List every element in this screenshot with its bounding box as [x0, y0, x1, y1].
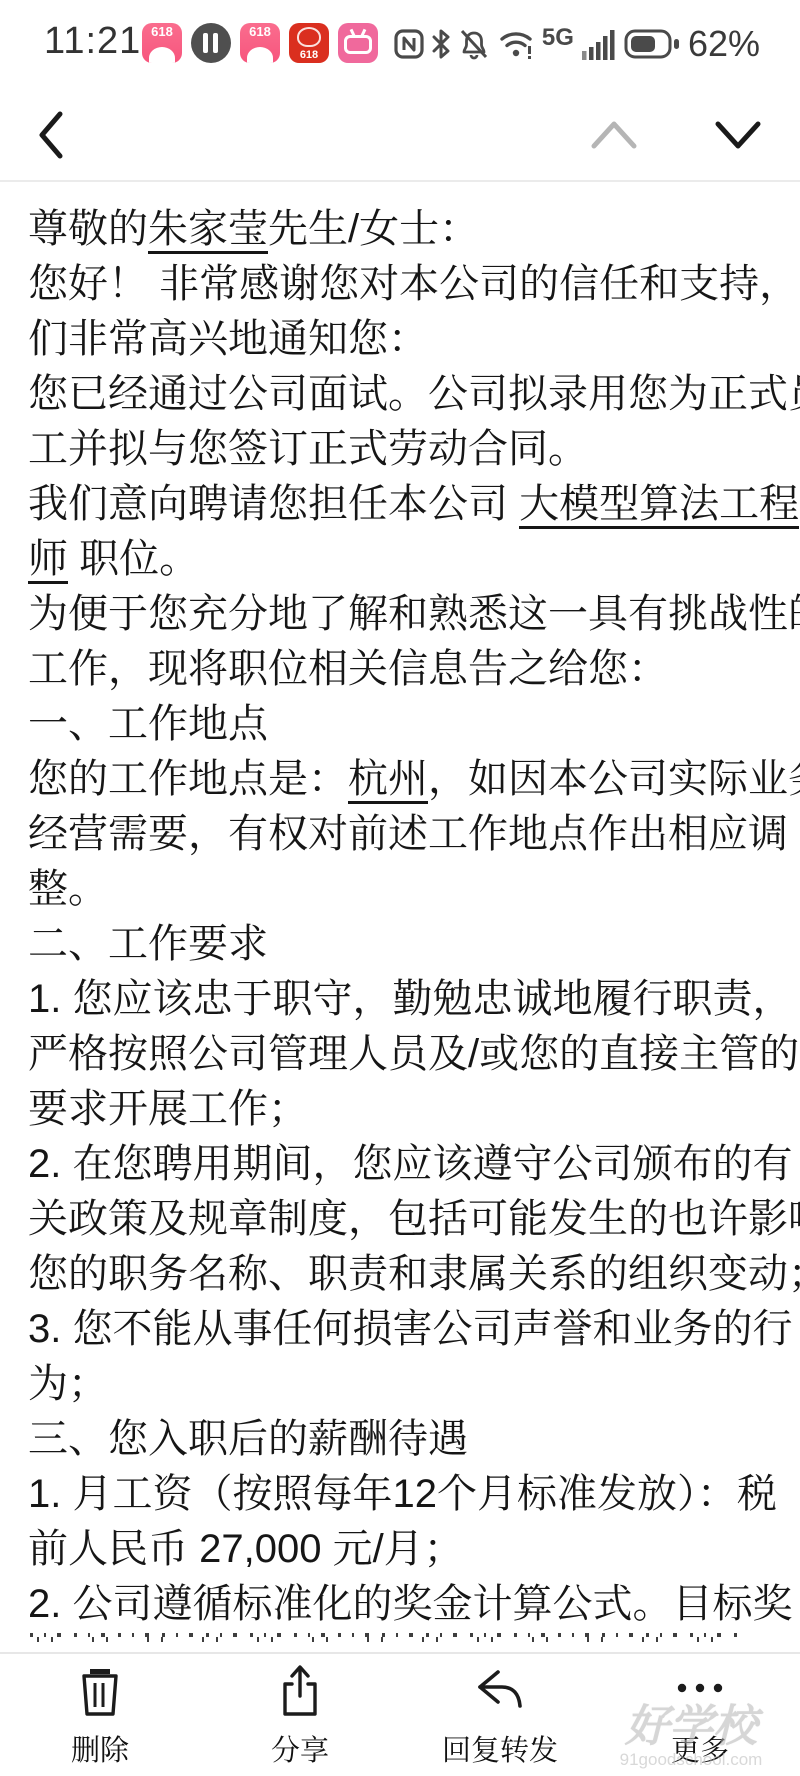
- document-line: 您的职务名称、职责和隶属关系的组织变动；: [28, 1247, 784, 1302]
- signal-bars-icon: [582, 27, 616, 61]
- document-line: 1. 您应该忠于职守，勤勉忠诚地履行职责，: [28, 972, 784, 1027]
- clipped-text-line: [30, 1633, 742, 1642]
- shop-618-red-app-icon: 618: [289, 23, 329, 63]
- document-line: 们非常高兴地通知您：: [28, 312, 784, 367]
- document-line: 您已经通过公司面试。公司拟录用您为正式员: [28, 367, 784, 422]
- more-label: 更多: [671, 1728, 729, 1769]
- bilibili-app-icon: [338, 23, 378, 63]
- document-line: 整。: [28, 862, 784, 917]
- reply-forward-label: 回复转发: [442, 1728, 558, 1769]
- battery-icon: [624, 28, 680, 60]
- status-icons: 5G 62%: [394, 16, 760, 72]
- share-label: 分享: [271, 1728, 329, 1769]
- previous-message-button[interactable]: [588, 114, 640, 156]
- wifi-alert-icon: [498, 28, 534, 60]
- document-line: 工并拟与您签订正式劳动合同。: [28, 422, 784, 477]
- reply-forward-button[interactable]: 回复转发: [400, 1654, 600, 1776]
- document-line: 为；: [28, 1357, 784, 1412]
- document-line: 3. 您不能从事任何损害公司声誉和业务的行: [28, 1302, 784, 1357]
- mascot-face: [247, 47, 273, 63]
- tv-icon: [344, 35, 372, 54]
- document-line: 经营需要，有权对前述工作地点作出相应调: [28, 807, 784, 862]
- document-line: 尊敬的朱家莹先生/女士：: [28, 202, 784, 257]
- more-button[interactable]: 更多: [600, 1654, 800, 1776]
- mascot-face: [149, 47, 175, 63]
- ornament-icon: [297, 27, 321, 47]
- document-line: 一、工作地点: [28, 697, 784, 752]
- bottom-toolbar: 删除 分享 回复转发 更多: [0, 1652, 800, 1776]
- document-line: 要求开展工作；: [28, 1082, 784, 1137]
- document-body: 尊敬的朱家莹先生/女士：您好！ 非常感谢您对本公司的信任和支持，我们非常高兴地通…: [28, 202, 784, 1632]
- nfc-icon: [394, 29, 424, 59]
- document-line: 关政策及规章制度，包括可能发生的也许影响: [28, 1192, 784, 1247]
- trash-icon: [74, 1664, 126, 1720]
- badge-618: 618: [142, 25, 182, 39]
- reply-icon: [470, 1664, 530, 1720]
- battery-percent: 62%: [688, 23, 760, 65]
- share-icon: [274, 1664, 326, 1720]
- document-line: 严格按照公司管理人员及/或您的直接主管的: [28, 1027, 784, 1082]
- document-line: 2. 公司遵循标准化的奖金计算公式。目标奖: [28, 1577, 784, 1632]
- badge-618: 618: [289, 48, 329, 62]
- bluetooth-icon: [432, 28, 450, 60]
- nav-bar: [0, 88, 800, 182]
- notification-app-icons: 618 618 618: [142, 23, 378, 63]
- badge-618: 618: [240, 25, 280, 39]
- status-bar: 11:21 618 618 618: [0, 0, 800, 88]
- back-button[interactable]: [30, 108, 78, 162]
- next-message-button[interactable]: [712, 114, 764, 156]
- message-content[interactable]: 尊敬的朱家莹先生/女士：您好！ 非常感谢您对本公司的信任和支持，我们非常高兴地通…: [0, 184, 800, 1652]
- document-line: 2. 在您聘用期间，您应该遵守公司颁布的有: [28, 1137, 784, 1192]
- clock: 11:21: [44, 20, 141, 63]
- document-line: 前人民币 27,000 元/月；: [28, 1522, 784, 1577]
- shop-618-app-icon-2: 618: [240, 23, 280, 63]
- document-line: 工作，现将职位相关信息告之给您：: [28, 642, 784, 697]
- share-button[interactable]: 分享: [200, 1654, 400, 1776]
- delete-button[interactable]: 删除: [0, 1654, 200, 1776]
- document-line: 您好！ 非常感谢您对本公司的信任和支持，我: [28, 257, 784, 312]
- delete-label: 删除: [71, 1728, 129, 1769]
- document-line: 二、工作要求: [28, 917, 784, 972]
- pause-icon: [203, 33, 218, 53]
- pause-app-icon: [191, 23, 231, 63]
- shop-618-app-icon: 618: [142, 23, 182, 63]
- document-line: 三、您入职后的薪酬待遇: [28, 1412, 784, 1467]
- document-line: 师 职位。: [28, 532, 784, 587]
- network-type-label: 5G: [542, 27, 574, 49]
- mute-bell-icon: [458, 28, 490, 60]
- phone-screen: 11:21 618 618 618: [0, 0, 800, 1776]
- more-icon: [670, 1664, 730, 1720]
- document-line: 您的工作地点是：杭州，如因本公司实际业务: [28, 752, 784, 807]
- document-line: 我们意向聘请您担任本公司 大模型算法工程: [28, 477, 784, 532]
- document-line: 为便于您充分地了解和熟悉这一具有挑战性的: [28, 587, 784, 642]
- document-line: 1. 月工资（按照每年12个月标准发放）：税: [28, 1467, 784, 1522]
